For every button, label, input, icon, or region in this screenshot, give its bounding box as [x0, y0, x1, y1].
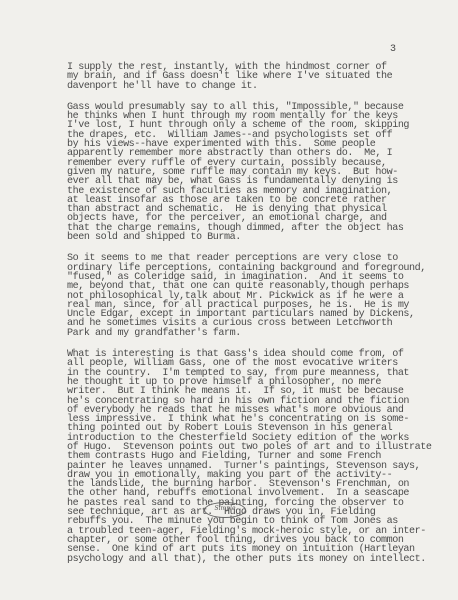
text-line: davenport he'll have to change it. [67, 82, 447, 91]
typewritten-page: 3 I supply the rest, instantly, with the… [0, 0, 458, 600]
text-line: psychology and all that), the other puts… [67, 555, 447, 564]
text-line: been sold and shipped to Burma. [67, 233, 447, 242]
handwritten-annotation: Simple [204, 502, 246, 518]
page-number: 3 [390, 44, 396, 55]
paragraph: I supply the rest, instantly, with the h… [67, 63, 447, 91]
paragraph: So it seems to me that reader perception… [67, 254, 447, 338]
document-body: I supply the rest, instantly, with the h… [67, 63, 447, 576]
paragraph: Gass would presumably say to all this, "… [67, 103, 447, 242]
text-line: Park and my grandfather's farm. [67, 329, 447, 338]
paragraph: What is interesting is that Gass's idea … [67, 350, 447, 564]
